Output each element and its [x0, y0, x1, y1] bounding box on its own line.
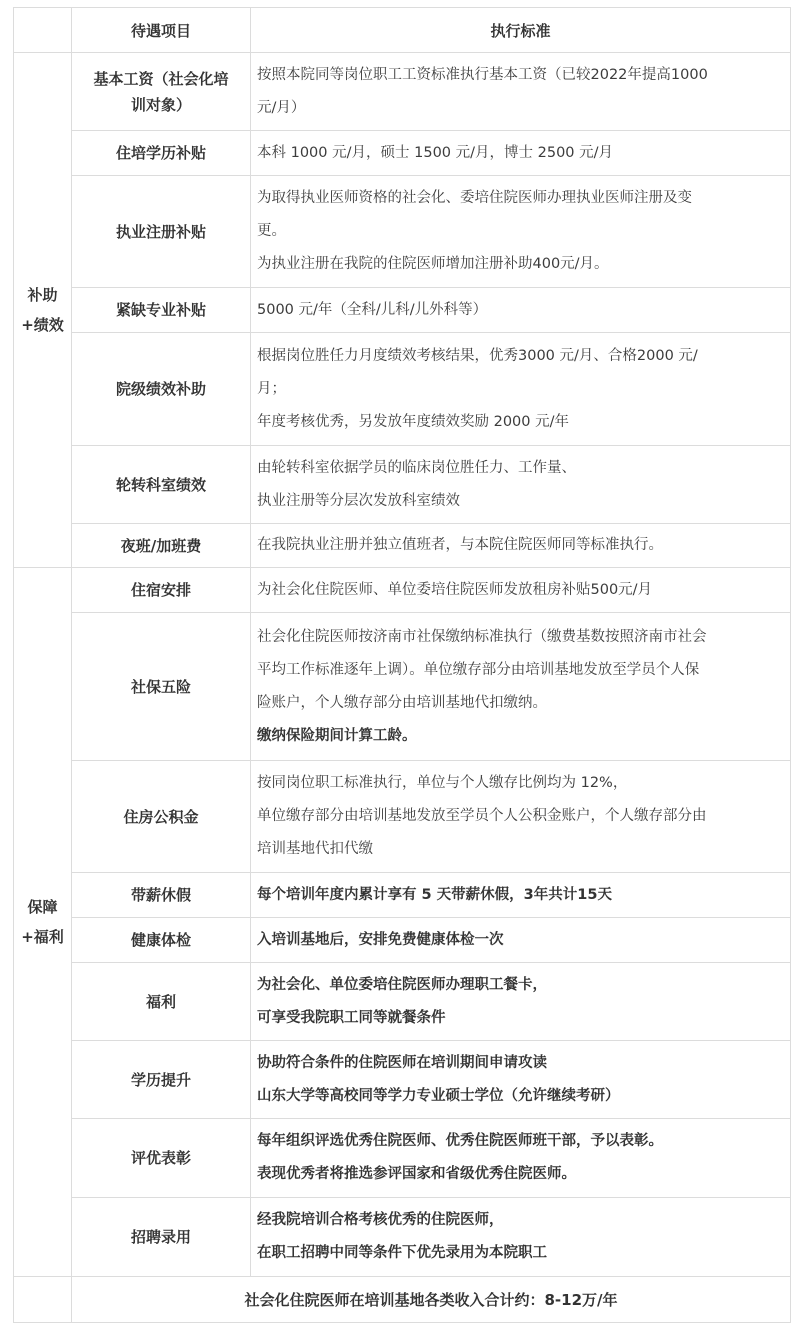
header-group-cell	[14, 8, 72, 53]
item-name-line: 学历提升	[72, 1067, 250, 1093]
standard-cell: 每年组织评选优秀住院医师、优秀住院医师班干部，予以表彰。表现优秀者将推选参评国家…	[251, 1119, 791, 1198]
standard-line: 单位缴存部分由培训基地发放至学员个人公积金账户，个人缴存部分由	[257, 800, 784, 833]
table-row: 保障+福利住宿安排为社会化住院医师、单位委培住院医师发放租房补贴500元/月	[14, 568, 791, 613]
standard-line: 缴纳保险期间计算工龄。	[257, 720, 784, 753]
table-row: 紧缺专业补贴5000 元/年（全科/儿科/儿外科等）	[14, 288, 791, 333]
header-standard-cell: 执行标准	[251, 8, 791, 53]
header-item-cell: 待遇项目	[72, 8, 251, 53]
standard-line: 平均工作标准逐年上调）。单位缴存部分由培训基地发放至学员个人保	[257, 654, 784, 687]
standard-cell: 根据岗位胜任力月度绩效考核结果，优秀3000 元/月、合格2000 元/月；年度…	[251, 333, 791, 446]
standard-cell: 按同岗位职工标准执行，单位与个人缴存比例均为 12%，单位缴存部分由培训基地发放…	[251, 761, 791, 873]
standard-line: 险账户，个人缴存部分由培训基地代扣缴纳。	[257, 687, 784, 720]
standard-line: 为社会化住院医师、单位委培住院医师发放租房补贴500元/月	[257, 574, 784, 607]
standard-line: 每年组织评选优秀住院医师、优秀住院医师班干部，予以表彰。	[257, 1125, 784, 1158]
item-name-line: 福利	[72, 989, 250, 1015]
total-empty-cell	[14, 1277, 72, 1323]
standard-line: 5000 元/年（全科/儿科/儿外科等）	[257, 294, 784, 327]
benefits-table: 待遇项目 执行标准 补助+绩效基本工资（社会化培训对象）按照本院同等岗位职工工资…	[13, 7, 791, 1323]
item-name-line: 执业注册补贴	[72, 219, 250, 245]
item-name-cell: 社保五险	[72, 613, 251, 761]
table-row: 院级绩效补助根据岗位胜任力月度绩效考核结果，优秀3000 元/月、合格2000 …	[14, 333, 791, 446]
standard-line: 可享受我院职工同等就餐条件	[257, 1002, 784, 1035]
item-name-cell: 带薪休假	[72, 873, 251, 918]
standard-cell: 5000 元/年（全科/儿科/儿外科等）	[251, 288, 791, 333]
standard-line: 元/月）	[257, 92, 784, 125]
standard-cell: 在我院执业注册并独立值班者，与本院住院医师同等标准执行。	[251, 524, 791, 568]
item-name-line: 评优表彰	[72, 1145, 250, 1171]
standard-cell: 经我院培训合格考核优秀的住院医师，在职工招聘中同等条件下优先录用为本院职工	[251, 1198, 791, 1277]
standard-line: 表现优秀者将推选参评国家和省级优秀住院医师。	[257, 1158, 784, 1191]
group-label-line: 保障	[14, 892, 71, 922]
standard-line: 在我院执业注册并独立值班者，与本院住院医师同等标准执行。	[257, 529, 784, 562]
item-name-cell: 招聘录用	[72, 1198, 251, 1277]
table-row: 夜班/加班费在我院执业注册并独立值班者，与本院住院医师同等标准执行。	[14, 524, 791, 568]
table-row: 补助+绩效基本工资（社会化培训对象）按照本院同等岗位职工工资标准执行基本工资（已…	[14, 53, 791, 131]
standard-cell: 为社会化住院医师、单位委培住院医师发放租房补贴500元/月	[251, 568, 791, 613]
item-name-cell: 福利	[72, 963, 251, 1041]
standard-cell: 本科 1000 元/月，硕士 1500 元/月，博士 2500 元/月	[251, 131, 791, 176]
item-name-cell: 学历提升	[72, 1041, 251, 1119]
item-name-cell: 执业注册补贴	[72, 176, 251, 288]
standard-line: 在职工招聘中同等条件下优先录用为本院职工	[257, 1237, 784, 1270]
item-name-line: 训对象）	[72, 92, 250, 118]
standard-line: 山东大学等高校同等学力专业硕士学位（允许继续考研）	[257, 1080, 784, 1113]
item-name-line: 紧缺专业补贴	[72, 297, 250, 323]
standard-line: 根据岗位胜任力月度绩效考核结果，优秀3000 元/月、合格2000 元/	[257, 340, 784, 373]
standard-line: 由轮转科室依据学员的临床岗位胜任力、工作量、	[257, 452, 784, 485]
item-name-line: 社保五险	[72, 674, 250, 700]
standard-line: 为社会化、单位委培住院医师办理职工餐卡，	[257, 969, 784, 1002]
item-name-line: 住宿安排	[72, 577, 250, 603]
table-row: 健康体检入培训基地后，安排免费健康体检一次	[14, 918, 791, 963]
item-name-line: 住培学历补贴	[72, 140, 250, 166]
group-label-line: +绩效	[14, 310, 71, 340]
table-row: 带薪休假每个培训年度内累计享有 5 天带薪休假，3年共计15天	[14, 873, 791, 918]
table-row: 轮转科室绩效由轮转科室依据学员的临床岗位胜任力、工作量、执业注册等分层次发放科室…	[14, 446, 791, 524]
standard-line: 经我院培训合格考核优秀的住院医师，	[257, 1204, 784, 1237]
item-name-cell: 基本工资（社会化培训对象）	[72, 53, 251, 131]
standard-cell: 由轮转科室依据学员的临床岗位胜任力、工作量、执业注册等分层次发放科室绩效	[251, 446, 791, 524]
standard-line: 为执业注册在我院的住院医师增加注册补助400元/月。	[257, 248, 784, 281]
item-name-cell: 住培学历补贴	[72, 131, 251, 176]
standard-line: 为取得执业医师资格的社会化、委培住院医师办理执业医师注册及变	[257, 182, 784, 215]
standard-cell: 社会化住院医师按济南市社保缴纳标准执行（缴费基数按照济南市社会平均工作标准逐年上…	[251, 613, 791, 761]
standard-line: 按同岗位职工标准执行，单位与个人缴存比例均为 12%，	[257, 767, 784, 800]
standard-line: 执业注册等分层次发放科室绩效	[257, 485, 784, 518]
table-row: 评优表彰每年组织评选优秀住院医师、优秀住院医师班干部，予以表彰。表现优秀者将推选…	[14, 1119, 791, 1198]
item-name-line: 轮转科室绩效	[72, 472, 250, 498]
item-name-line: 基本工资（社会化培	[72, 66, 250, 92]
table-row: 学历提升协助符合条件的住院医师在培训期间申请攻读山东大学等高校同等学力专业硕士学…	[14, 1041, 791, 1119]
table-row: 福利为社会化、单位委培住院医师办理职工餐卡，可享受我院职工同等就餐条件	[14, 963, 791, 1041]
standard-cell: 协助符合条件的住院医师在培训期间申请攻读山东大学等高校同等学力专业硕士学位（允许…	[251, 1041, 791, 1119]
standard-cell: 入培训基地后，安排免费健康体检一次	[251, 918, 791, 963]
table-row: 招聘录用经我院培训合格考核优秀的住院医师，在职工招聘中同等条件下优先录用为本院职…	[14, 1198, 791, 1277]
standard-cell: 为社会化、单位委培住院医师办理职工餐卡，可享受我院职工同等就餐条件	[251, 963, 791, 1041]
item-name-cell: 院级绩效补助	[72, 333, 251, 446]
item-name-cell: 住宿安排	[72, 568, 251, 613]
group-label-line: +福利	[14, 922, 71, 952]
standard-line: 每个培训年度内累计享有 5 天带薪休假，3年共计15天	[257, 879, 784, 912]
item-name-line: 院级绩效补助	[72, 376, 250, 402]
item-name-line: 带薪休假	[72, 882, 250, 908]
standard-line: 按照本院同等岗位职工工资标准执行基本工资（已较2022年提高1000	[257, 59, 784, 92]
standard-cell: 按照本院同等岗位职工工资标准执行基本工资（已较2022年提高1000元/月）	[251, 53, 791, 131]
standard-line: 本科 1000 元/月，硕士 1500 元/月，博士 2500 元/月	[257, 137, 784, 170]
total-income-summary: 社会化住院医师在培训基地各类收入合计约：8-12万/年	[72, 1277, 791, 1323]
standard-line: 年度考核优秀，另发放年度绩效奖励 2000 元/年	[257, 406, 784, 439]
standard-line: 社会化住院医师按济南市社保缴纳标准执行（缴费基数按照济南市社会	[257, 621, 784, 654]
standard-line: 月；	[257, 373, 784, 406]
standard-line: 入培训基地后，安排免费健康体检一次	[257, 924, 784, 957]
item-name-cell: 健康体检	[72, 918, 251, 963]
item-name-line: 招聘录用	[72, 1224, 250, 1250]
table-row: 执业注册补贴为取得执业医师资格的社会化、委培住院医师办理执业医师注册及变更。为执…	[14, 176, 791, 288]
group-label-cell: 补助+绩效	[14, 53, 72, 568]
header-row: 待遇项目 执行标准	[14, 8, 791, 53]
standard-line: 更。	[257, 215, 784, 248]
group-label-line: 补助	[14, 280, 71, 310]
standard-cell: 每个培训年度内累计享有 5 天带薪休假，3年共计15天	[251, 873, 791, 918]
group-label-cell: 保障+福利	[14, 568, 72, 1277]
standard-line: 培训基地代扣代缴	[257, 833, 784, 866]
table-row: 住培学历补贴本科 1000 元/月，硕士 1500 元/月，博士 2500 元/…	[14, 131, 791, 176]
table-row: 社保五险社会化住院医师按济南市社保缴纳标准执行（缴费基数按照济南市社会平均工作标…	[14, 613, 791, 761]
item-name-line: 住房公积金	[72, 804, 250, 830]
item-name-line: 健康体检	[72, 927, 250, 953]
table-row: 住房公积金按同岗位职工标准执行，单位与个人缴存比例均为 12%，单位缴存部分由培…	[14, 761, 791, 873]
item-name-cell: 夜班/加班费	[72, 524, 251, 568]
item-name-cell: 住房公积金	[72, 761, 251, 873]
standard-cell: 为取得执业医师资格的社会化、委培住院医师办理执业医师注册及变更。为执业注册在我院…	[251, 176, 791, 288]
item-name-cell: 评优表彰	[72, 1119, 251, 1198]
standard-line: 协助符合条件的住院医师在培训期间申请攻读	[257, 1047, 784, 1080]
item-name-cell: 轮转科室绩效	[72, 446, 251, 524]
total-row: 社会化住院医师在培训基地各类收入合计约：8-12万/年	[14, 1277, 791, 1323]
item-name-line: 夜班/加班费	[72, 533, 250, 559]
item-name-cell: 紧缺专业补贴	[72, 288, 251, 333]
